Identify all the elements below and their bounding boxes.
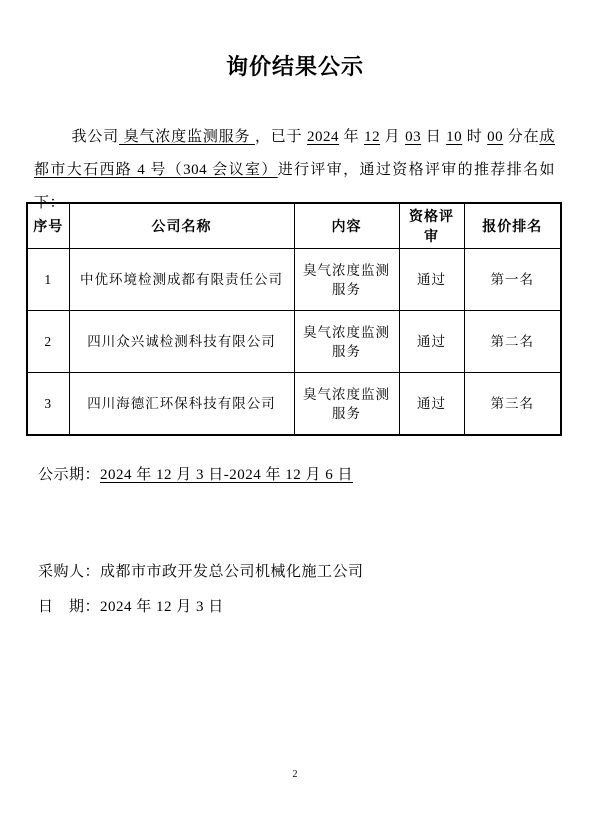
cell-qualification: 通过: [399, 249, 464, 311]
intro-segment-underlined: 臭气浓度监测服务: [119, 129, 255, 145]
cell-seq: 1: [27, 249, 69, 311]
purchaser-label: 采购人：: [38, 564, 100, 580]
document-page: 询价结果公示 我公司 臭气浓度监测服务 ，已于 2024 年 12 月 03 日…: [0, 0, 590, 813]
cell-rank: 第三名: [464, 373, 561, 436]
purchaser-name: 成都市市政开发总公司机械化施工公司: [100, 564, 364, 580]
results-table: 序号 公司名称 内容 资格评审 报价排名 1 中优环境检测成都有限责任公司 臭气…: [26, 202, 562, 436]
cell-qualification: 通过: [399, 311, 464, 373]
intro-segment: 我公司: [72, 129, 120, 145]
column-header-rank: 报价排名: [464, 203, 561, 249]
intro-segment-underlined: 00: [487, 129, 503, 145]
date-label: 日 期：: [38, 599, 100, 615]
table-header-row: 序号 公司名称 内容 资格评审 报价排名: [27, 203, 561, 249]
cell-seq: 3: [27, 373, 69, 436]
column-header-content: 内容: [294, 203, 399, 249]
column-header-seq: 序号: [27, 203, 69, 249]
purchaser-line: 采购人：成都市市政开发总公司机械化施工公司: [38, 560, 364, 581]
cell-company: 四川海德汇环保科技有限公司: [69, 373, 294, 436]
intro-segment: 月: [380, 129, 405, 145]
cell-rank: 第一名: [464, 249, 561, 311]
page-number: 2: [0, 769, 590, 780]
table-row: 2 四川众兴诚检测科技有限公司 臭气浓度监测服务 通过 第二名: [27, 311, 561, 373]
cell-qualification: 通过: [399, 373, 464, 436]
cell-rank: 第二名: [464, 311, 561, 373]
intro-segment-underlined: 10: [446, 129, 462, 145]
cell-content: 臭气浓度监测服务: [294, 311, 399, 373]
cell-company: 四川众兴诚检测科技有限公司: [69, 311, 294, 373]
table-row: 3 四川海德汇环保科技有限公司 臭气浓度监测服务 通过 第三名: [27, 373, 561, 436]
publicity-label: 公示期：: [38, 467, 100, 483]
cell-content: 臭气浓度监测服务: [294, 373, 399, 436]
intro-segment: 时: [462, 129, 487, 145]
intro-segment: 年: [339, 129, 364, 145]
intro-segment: ，已于: [255, 129, 307, 145]
cell-seq: 2: [27, 311, 69, 373]
publicity-period-line: 公示期：2024 年 12 月 3 日-2024 年 12 月 6 日: [38, 463, 353, 484]
publicity-period-value: 2024 年 12 月 3 日-2024 年 12 月 6 日: [100, 467, 353, 483]
intro-segment-underlined: 03: [405, 129, 421, 145]
cell-content: 臭气浓度监测服务: [294, 249, 399, 311]
cell-company: 中优环境检测成都有限责任公司: [69, 249, 294, 311]
column-header-company: 公司名称: [69, 203, 294, 249]
intro-segment-underlined: 12: [364, 129, 380, 145]
table-row: 1 中优环境检测成都有限责任公司 臭气浓度监测服务 通过 第一名: [27, 249, 561, 311]
date-line: 日 期：2024 年 12 月 3 日: [38, 595, 224, 616]
intro-segment: 日: [421, 129, 446, 145]
intro-segment: 分在: [503, 129, 539, 145]
date-value: 2024 年 12 月 3 日: [100, 599, 224, 615]
page-title: 询价结果公示: [0, 50, 590, 81]
column-header-qualification: 资格评审: [399, 203, 464, 249]
intro-segment-underlined: 2024: [307, 129, 339, 145]
